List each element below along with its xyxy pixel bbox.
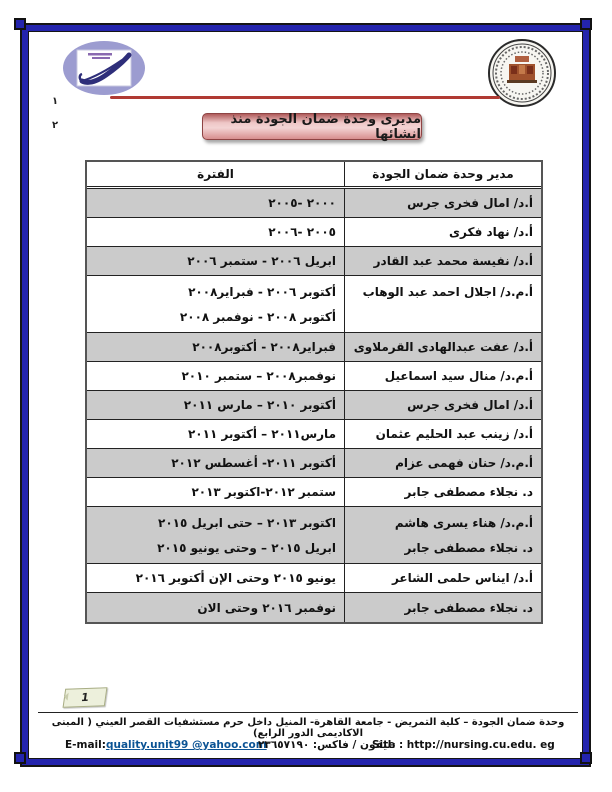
director-name-cell: د. نجلاء مصطفى جابر [344, 478, 541, 506]
director-name-cell: أ.م.د/ هناء يسرى هاشم د. نجلاء مصطفى جاب… [344, 507, 541, 563]
email-label: E-mail: [65, 739, 106, 751]
frame-corner-ornament [14, 18, 26, 30]
margin-mark-1: ١ [52, 96, 58, 107]
table-row: أ.د/ امال فخرى جرس ٢٠٠٠ -٢٠٠٥ [87, 189, 541, 218]
director-name-cell: أ.د/ عفت عبدالهادى القرملاوى [344, 333, 541, 361]
period-cell: أكتوبر ٢٠٠٦ - فبراير٢٠٠٨ أكتوبر ٢٠٠٨ - ن… [87, 276, 344, 332]
table-row: أ.م.د/ حنان فهمى عزام أكتوبر ٢٠١١- أغسطس… [87, 449, 541, 478]
table-row: أ.م.د/ منال سيد اسماعيل نوفمبر٢٠٠٨ – ستم… [87, 362, 541, 391]
footer-email: E-mail:quality.unit99 @yahoo.com [65, 739, 267, 751]
director-name-cell: أ.م.د/ حنان فهمى عزام [344, 449, 541, 477]
period-cell: ٢٠٠٥ -٢٠٠٦ [87, 218, 344, 246]
page-number-ribbon-icon: 1 [63, 687, 108, 707]
table-row: أ.د/ عفت عبدالهادى القرملاوى فبراير٢٠٠٨ … [87, 333, 541, 362]
email-link[interactable]: quality.unit99 @yahoo.com [106, 739, 267, 751]
period-cell: يونيو ٢٠١٥ وحتى الإن أكتوبر ٢٠١٦ [87, 564, 344, 592]
table-row: د. نجلاء مصطفى جابر نوفمبر ٢٠١٦ وحتى الا… [87, 593, 541, 622]
director-name-cell: أ.د/ امال فخرى جرس [344, 189, 541, 217]
period-cell: أكتوبر ٢٠١١- أغسطس ٢٠١٢ [87, 449, 344, 477]
footer-site: Site : http://nursing.cu.edu. eg [372, 739, 555, 751]
table-row: أ.د/ ايناس حلمى الشاعر يونيو ٢٠١٥ وحتى ا… [87, 564, 541, 593]
period-cell: نوفمبر ٢٠١٦ وحتى الان [87, 593, 344, 622]
table-header-row: مدير وحدة ضمان الجودة الفترة [87, 162, 541, 189]
quality-unit-logo-icon [62, 40, 146, 100]
director-name-cell: د. نجلاء مصطفى جابر [344, 593, 541, 622]
red-divider-rule [110, 96, 500, 99]
faculty-seal-icon [487, 38, 557, 112]
table-row: أ.د/ نهاد فكرى ٢٠٠٥ -٢٠٠٦ [87, 218, 541, 247]
director-name-cell: أ.د/ ايناس حلمى الشاعر [344, 564, 541, 592]
footer-divider [38, 712, 578, 713]
frame-corner-ornament [14, 752, 26, 764]
table-row: أ.د/ امال فخرى جرس أكتوبر ٢٠١٠ – مارس ٢٠… [87, 391, 541, 420]
header-period: الفترة [87, 162, 344, 186]
page-number: 1 [80, 691, 90, 704]
director-name-cell: أ.د/ نهاد فكرى [344, 218, 541, 246]
period-cell: مارس٢٠١١ – أكتوبر ٢٠١١ [87, 420, 344, 448]
table-row: أ.م.د/ اجلال احمد عبد الوهاب أكتوبر ٢٠٠٦… [87, 276, 541, 333]
director-name-cell: أ.د/ زينب عبد الحليم عثمان [344, 420, 541, 448]
table-row: أ.م.د/ هناء يسرى هاشم د. نجلاء مصطفى جاب… [87, 507, 541, 564]
period-cell: ستمبر ٢٠١٢-اكتوبر ٢٠١٣ [87, 478, 344, 506]
period-cell: أكتوبر ٢٠١٠ – مارس ٢٠١١ [87, 391, 344, 419]
director-name-cell: أ.د/ امال فخرى جرس [344, 391, 541, 419]
period-cell: فبراير٢٠٠٨ - أكتوبر٢٠٠٨ [87, 333, 344, 361]
period-cell: نوفمبر٢٠٠٨ – ستمبر ٢٠١٠ [87, 362, 344, 390]
page-title: مديرى وحدة ضمان الجودة منذ انشائها [202, 113, 422, 140]
director-name-cell: أ.د/ نفيسة محمد عبد القادر [344, 247, 541, 275]
director-name-cell: أ.م.د/ اجلال احمد عبد الوهاب [344, 276, 541, 332]
footer-address: وحدة ضمان الجودة – كلية التمريض - جامعة … [38, 717, 578, 739]
header-director: مدير وحدة ضمان الجودة [344, 162, 541, 186]
frame-corner-ornament [580, 18, 592, 30]
table-row: أ.د/ نفيسة محمد عبد القادر ابريل ٢٠٠٦ - … [87, 247, 541, 276]
table-row: أ.د/ زينب عبد الحليم عثمان مارس٢٠١١ – أك… [87, 420, 541, 449]
director-name-cell: أ.م.د/ منال سيد اسماعيل [344, 362, 541, 390]
table-row: د. نجلاء مصطفى جابر ستمبر ٢٠١٢-اكتوبر ٢٠… [87, 478, 541, 507]
document-page: { "page": { "margin_marks": ["١", "٢"], … [0, 0, 612, 792]
period-cell: ٢٠٠٠ -٢٠٠٥ [87, 189, 344, 217]
margin-mark-2: ٢ [52, 120, 58, 131]
period-cell: ابريل ٢٠٠٦ - ستمبر ٢٠٠٦ [87, 247, 344, 275]
period-cell: اكتوبر ٢٠١٣ – حتى ابريل ٢٠١٥ ابريل ٢٠١٥ … [87, 507, 344, 563]
directors-table: مدير وحدة ضمان الجودة الفترة أ.د/ امال ف… [85, 160, 543, 624]
frame-corner-ornament [580, 752, 592, 764]
